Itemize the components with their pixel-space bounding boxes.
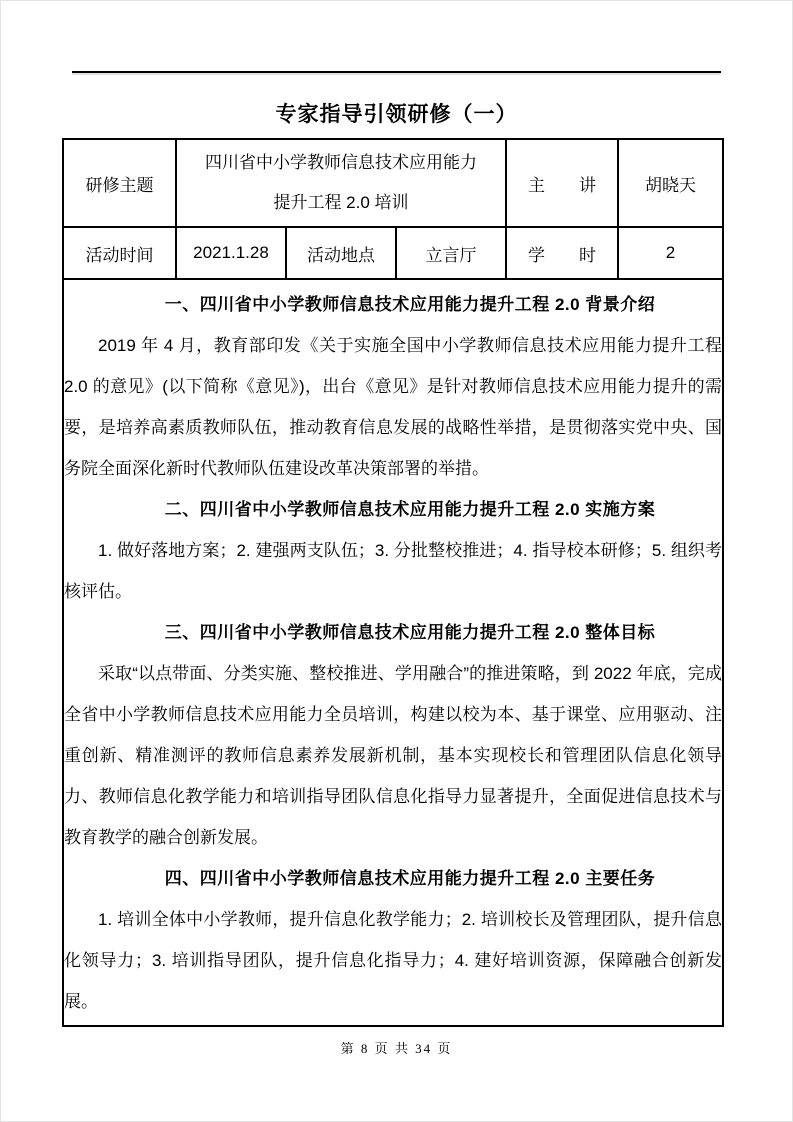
section-paragraph-3: 采取“以点带面、分类实施、整校推进、学用融合”的推进策略，到 2022 年底，完… (64, 653, 722, 858)
place-label-cell: 活动地点 (286, 227, 396, 279)
body-content-cell: 一、四川省中小学教师信息技术应用能力提升工程 2.0 背景介绍 2019 年 4… (63, 279, 723, 1026)
theme-value-line2: 提升工程 2.0 培训 (177, 183, 505, 223)
time-value-cell: 2021.1.28 (176, 227, 286, 279)
table-row: 一、四川省中小学教师信息技术应用能力提升工程 2.0 背景介绍 2019 年 4… (63, 279, 723, 1026)
theme-value-cell: 四川省中小学教师信息技术应用能力 提升工程 2.0 培训 (176, 139, 506, 227)
page-title: 专家指导引领研修（一） (0, 98, 793, 128)
section-paragraph-2: 1. 做好落地方案；2. 建强两支队伍；3. 分批整校推进；4. 指导校本研修；… (64, 530, 722, 612)
table-row: 研修主题 四川省中小学教师信息技术应用能力 提升工程 2.0 培训 主 讲 胡晓… (63, 139, 723, 227)
lecturer-value-cell: 胡晓天 (618, 139, 723, 227)
theme-label-cell: 研修主题 (63, 139, 176, 227)
header-divider (72, 71, 721, 73)
session-info-table: 研修主题 四川省中小学教师信息技术应用能力 提升工程 2.0 培训 主 讲 胡晓… (62, 138, 724, 1027)
theme-value-line1: 四川省中小学教师信息技术应用能力 (177, 143, 505, 183)
page-number-footer: 第 8 页 共 34 页 (0, 1038, 793, 1057)
section-paragraph-4: 1. 培训全体中小学教师，提升信息化教学能力；2. 培训校长及管理团队，提升信息… (64, 899, 722, 1022)
hours-label-cell: 学 时 (506, 227, 618, 279)
section-heading-2: 二、四川省中小学教师信息技术应用能力提升工程 2.0 实施方案 (64, 489, 722, 530)
section-heading-3: 三、四川省中小学教师信息技术应用能力提升工程 2.0 整体目标 (64, 612, 722, 653)
document-page: 专家指导引领研修（一） 研修主题 四川省中小学教师信息技术应用能力 提升工程 2… (0, 0, 793, 1122)
hours-value-cell: 2 (618, 227, 723, 279)
table-row: 活动时间 2021.1.28 活动地点 立言厅 学 时 2 (63, 227, 723, 279)
place-value-cell: 立言厅 (396, 227, 506, 279)
lecturer-label-cell: 主 讲 (506, 139, 618, 227)
time-label-cell: 活动时间 (63, 227, 176, 279)
section-heading-4: 四、四川省中小学教师信息技术应用能力提升工程 2.0 主要任务 (64, 858, 722, 899)
section-heading-1: 一、四川省中小学教师信息技术应用能力提升工程 2.0 背景介绍 (64, 284, 722, 325)
section-paragraph-1: 2019 年 4 月，教育部印发《关于实施全国中小学教师信息技术应用能力提升工程… (64, 325, 722, 489)
